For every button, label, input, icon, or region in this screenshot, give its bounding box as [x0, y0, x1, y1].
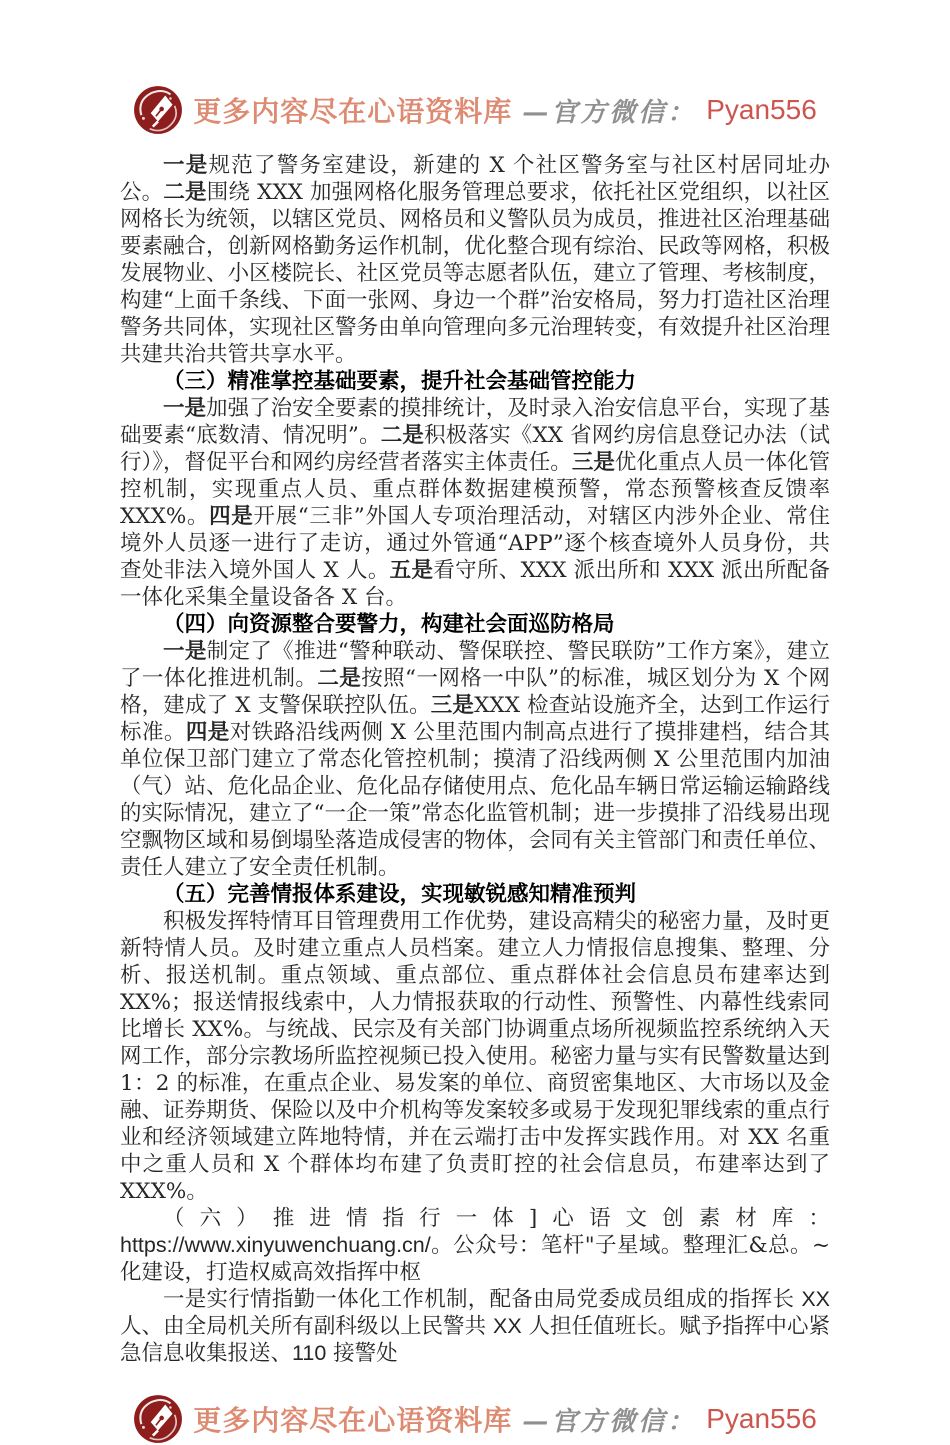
- text-run: XX: [801, 1287, 830, 1311]
- watermark-wechat-label: —官方微信：: [522, 92, 696, 129]
- text-run: 围绕 XXX 加强网格化服务管理总要求，依托社区党组织，以社区网格长为统领，以辖…: [120, 180, 830, 367]
- body-paragraph: 一是实行情指勤一体化工作机制，配备由局党委成员组成的指挥长 XX 人、由全局机关…: [120, 1286, 830, 1367]
- emphasis-run: 二是: [381, 423, 424, 448]
- document-body: 一是规范了警务室建设，新建的 X 个社区警务室与社区村居同址办公。二是围绕 XX…: [120, 144, 830, 1367]
- text-run: 一是实行情指勤一体化工作机制，配备由局党委成员组成的指挥长: [163, 1287, 801, 1312]
- emphasis-run: 二是: [317, 666, 361, 691]
- text-run: （五）完善情报体系建设，实现敏锐感知精准预判: [163, 882, 636, 906]
- text-run: （四）向资源整合要警力，构建社会面巡防格局: [163, 612, 615, 636]
- emphasis-run: 四是: [209, 504, 253, 529]
- text-run: 110: [292, 1341, 326, 1365]
- pen-nib-circle-icon: [133, 1393, 183, 1445]
- watermark-brand-text: 更多内容尽在心语资料库: [193, 1399, 512, 1439]
- section-heading: （四）向资源整合要警力，构建社会面巡防格局: [120, 611, 830, 638]
- emphasis-run: 三是: [572, 450, 615, 475]
- body-paragraph: （六）推进情指行一体]心语文创素材库：https://www.xinyuwenc…: [120, 1205, 830, 1286]
- document-page: 更多内容尽在心语资料库—官方微信：Pyan556 一是规范了警务室建设，新建的 …: [0, 0, 950, 1445]
- section-heading: （五）完善情报体系建设，实现敏锐感知精准预判: [120, 881, 830, 908]
- body-paragraph: 积极发挥特情耳目管理费用工作优势，建设高精尖的秘密力量，及时更新特情人员。及时建…: [120, 908, 830, 1205]
- emphasis-run: 二是: [163, 180, 206, 205]
- section-heading: （三）精准掌控基础要素，提升社会基础管控能力: [120, 368, 830, 395]
- body-paragraph: 一是规范了警务室建设，新建的 X 个社区警务室与社区村居同址办公。二是围绕 XX…: [120, 152, 830, 368]
- text-run: 积极发挥特情耳目管理费用工作优势，建设高精尖的秘密力量，及时更新特情人员。及时建…: [120, 909, 830, 1204]
- text-run: XX: [493, 1314, 522, 1338]
- watermark-wechat-label: —官方微信：: [522, 1401, 696, 1438]
- document-url: https://www.xinyuwenchuang.cn/: [120, 1233, 431, 1257]
- emphasis-run: 四是: [186, 720, 230, 745]
- emphasis-run: 三是: [431, 693, 474, 718]
- watermark-brand-text: 更多内容尽在心语资料库: [193, 90, 512, 130]
- watermark-wechat-id: Pyan556: [706, 94, 817, 126]
- watermark-wechat-id: Pyan556: [706, 1403, 817, 1435]
- pen-nib-circle-icon: [133, 84, 183, 136]
- emphasis-run: 一是: [163, 396, 206, 421]
- footer-watermark: 更多内容尽在心语资料库—官方微信：Pyan556: [0, 1367, 950, 1445]
- emphasis-run: 一是: [163, 639, 207, 664]
- body-paragraph: 一是加强了治安全要素的摸排统计，及时录入治安信息平台，实现了基础要素“底数清、情…: [120, 395, 830, 611]
- text-run: 接警处: [326, 1341, 397, 1366]
- emphasis-run: 五是: [390, 558, 434, 583]
- text-run: （六）推进情指行一体]心语文创素材库：: [163, 1206, 830, 1231]
- emphasis-run: 一是: [163, 153, 208, 178]
- text-run: 人、由全局机关所有副科级以上民警共: [120, 1314, 493, 1339]
- header-watermark: 更多内容尽在心语资料库—官方微信：Pyan556: [0, 0, 950, 144]
- text-run: （三）精准掌控基础要素，提升社会基础管控能力: [163, 369, 636, 393]
- body-paragraph: 一是制定了《推进“警种联动、警保联控、警民联防”工作方案》，建立了一体化推进机制…: [120, 638, 830, 881]
